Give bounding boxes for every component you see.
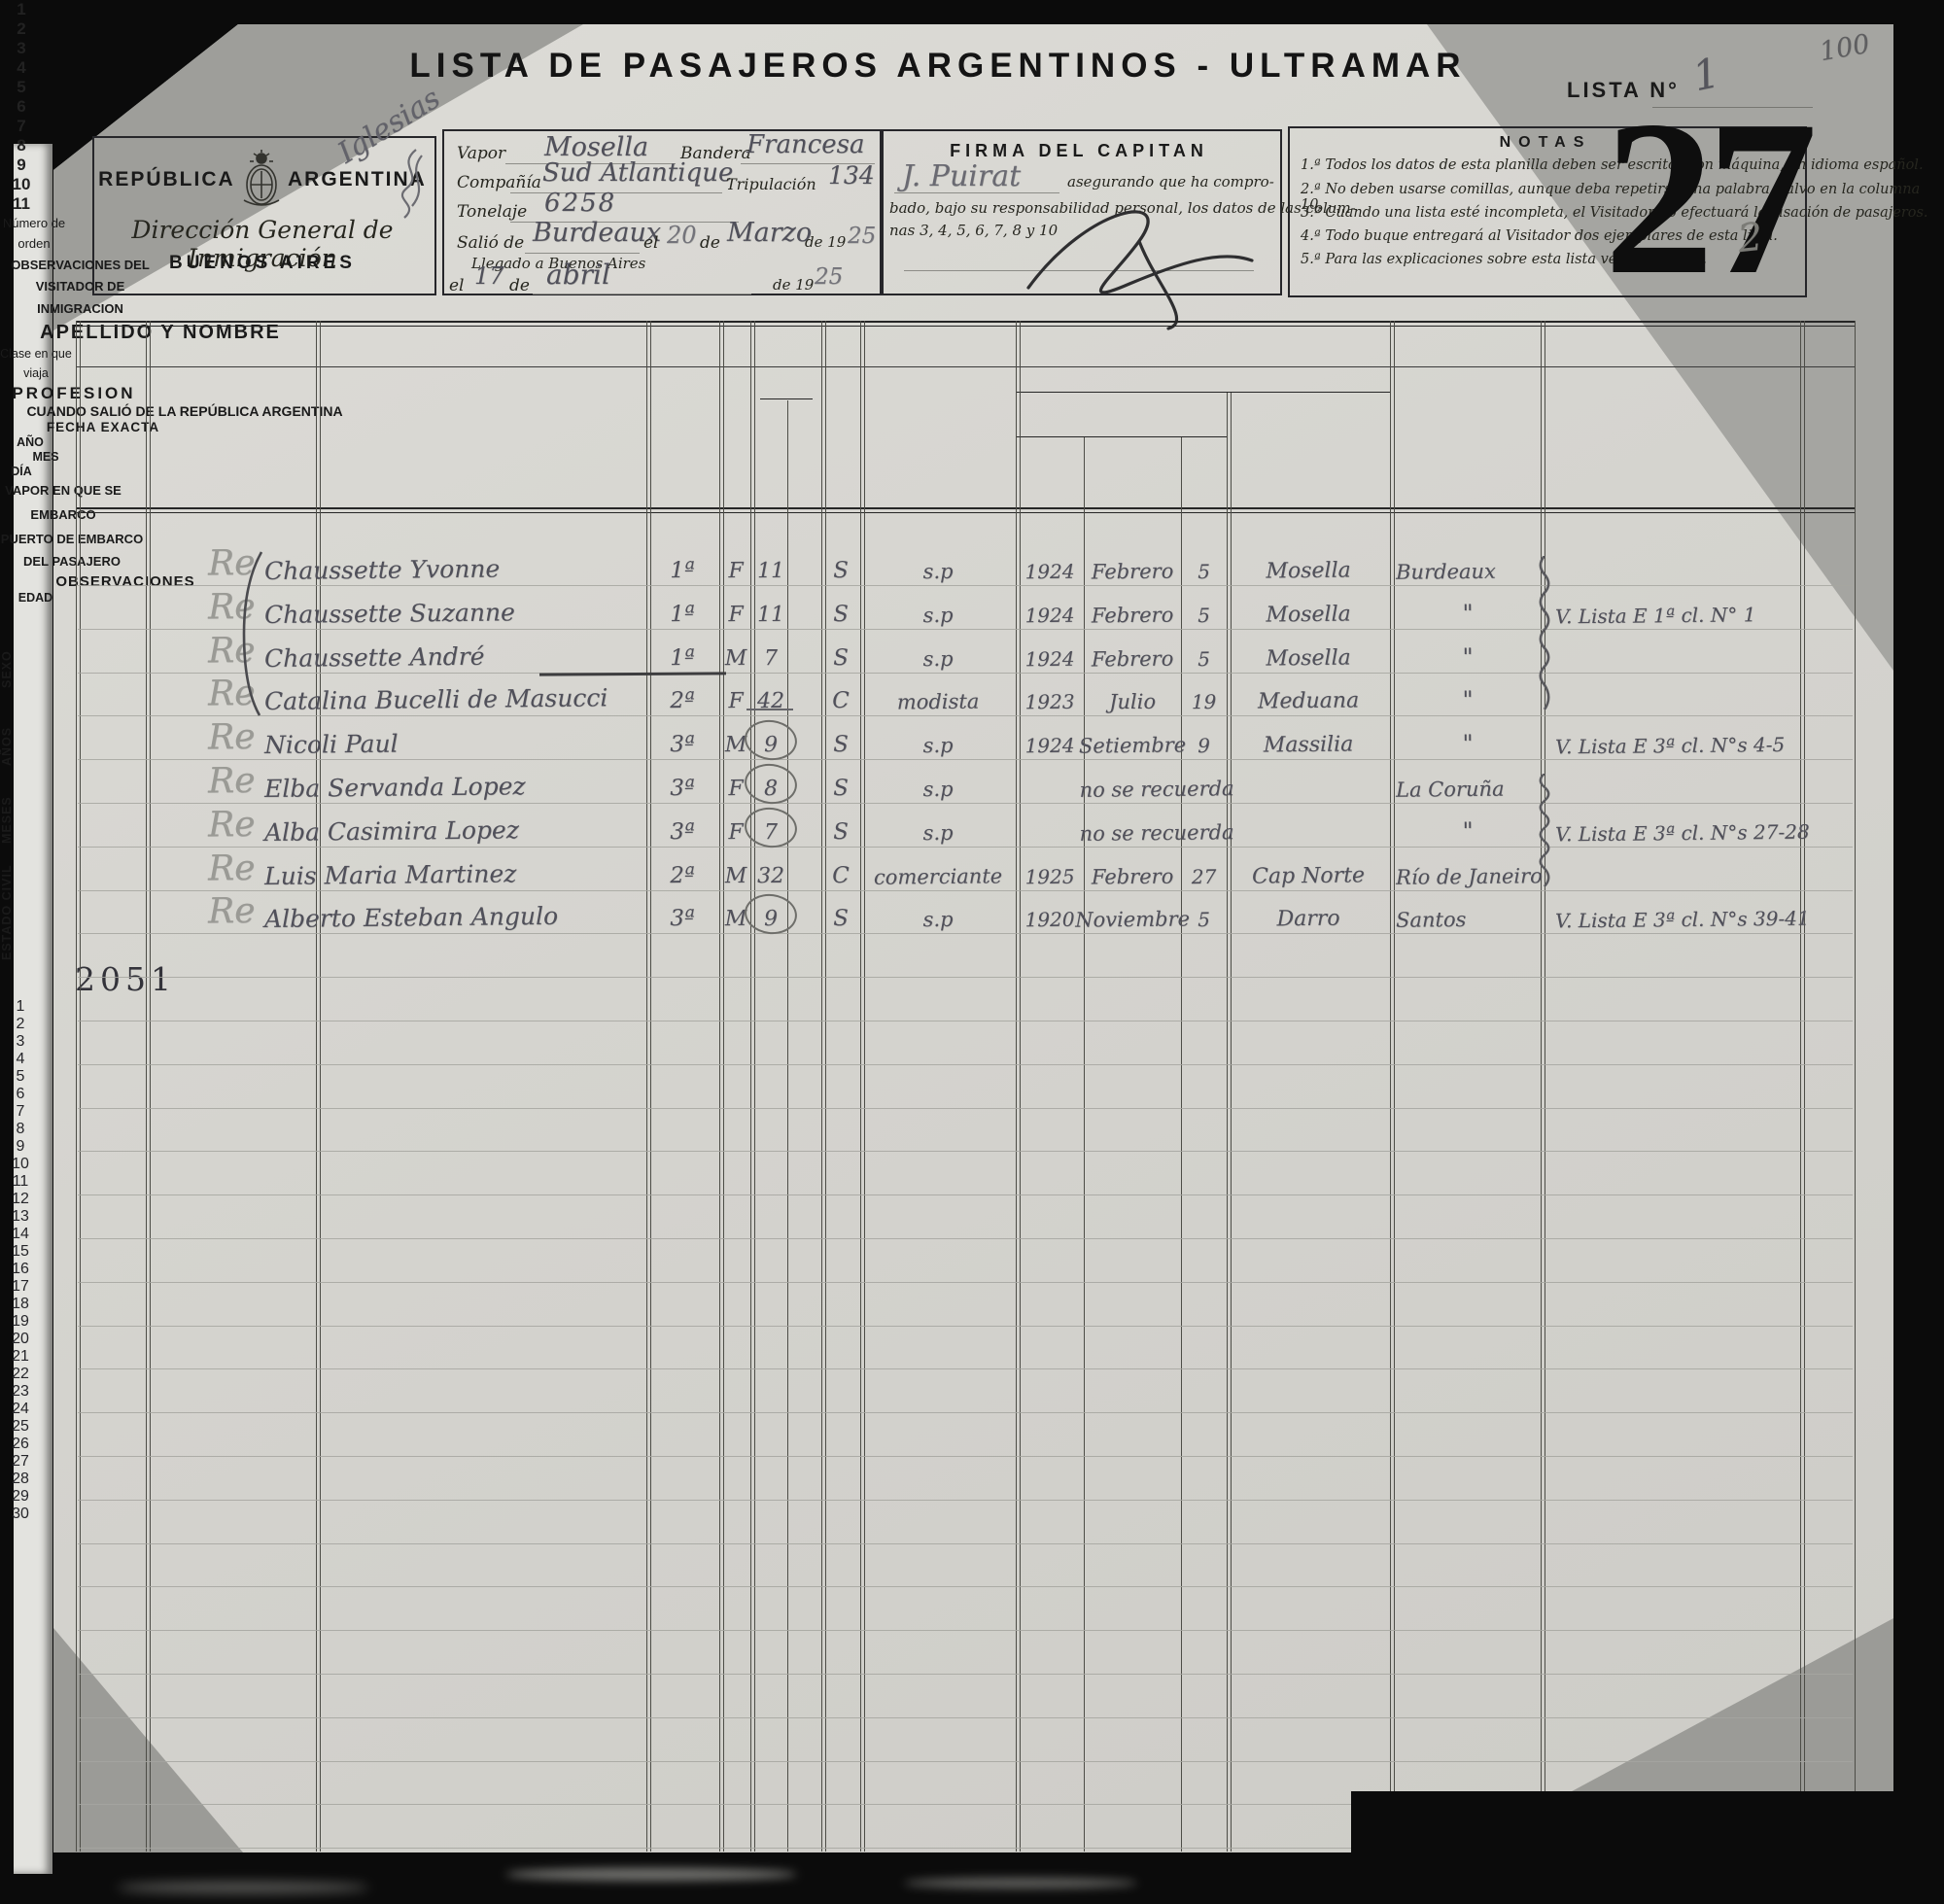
table-grid-line: [1804, 321, 1805, 1852]
row-number: 30: [0, 1506, 41, 1523]
edad-bracket-line: [760, 398, 813, 399]
row-number: 8: [0, 1121, 41, 1138]
passenger-6-name: Elba Servanda Lopez: [264, 766, 642, 803]
passenger-8-clase: 2ª: [648, 854, 716, 888]
passenger-8-vapor: Cap Norte: [1228, 854, 1389, 889]
row-number: 25: [0, 1418, 41, 1436]
obs-brace-rows1-3: [1538, 556, 1551, 710]
table-row-line: [78, 1717, 1853, 1718]
passenger-1-clase: 1ª: [648, 550, 716, 584]
table-header-col9_sub1: AÑO: [0, 435, 60, 450]
passenger-5-profesion: s.p: [862, 723, 1014, 758]
table-header-vertical: AÑOS: [0, 688, 14, 766]
table-row-line: [78, 1630, 1853, 1631]
passenger-9-profesion: s.p: [862, 898, 1014, 933]
table-row-line: [78, 1151, 1853, 1152]
passenger-7-observacion: V. Lista E 3ª cl. N°s 27-28: [1555, 810, 1816, 846]
row-number: 10: [0, 1156, 41, 1173]
passenger-3-salida_dia: 5: [1182, 637, 1226, 670]
table-row-line: [78, 1500, 1853, 1501]
table-header-col9_sub4: VAPOR EN QUE SE EMBARCÓ: [0, 479, 126, 527]
fecha-exacta-underline: [1016, 436, 1227, 437]
passenger-9-salida_mes: Noviembre: [1085, 898, 1180, 932]
passenger-3-edad: 7: [749, 637, 792, 670]
family-paren-mark: [241, 550, 264, 717]
column-number: 5: [0, 78, 43, 97]
passenger-7-visitor_mark: Re: [208, 803, 270, 845]
header-bottom-line-2: [76, 512, 1855, 513]
passenger-1-puerto: Burdeaux: [1396, 549, 1540, 584]
passenger-2-edad: 11: [749, 594, 792, 627]
passenger-3-sexo: M: [720, 637, 751, 670]
passenger-3-clase: 1ª: [648, 637, 716, 671]
passenger-5-clase: 3ª: [648, 724, 716, 758]
table-row-line: [78, 629, 1853, 630]
table-header-col4_header: Clase en que viaja: [0, 344, 72, 384]
table-row-line: [78, 1412, 1853, 1413]
table-row-line: [78, 1238, 1853, 1239]
passenger-3-vapor: Mosella: [1228, 637, 1389, 672]
table-grid-line: [150, 321, 151, 1852]
table-row-line: [78, 1282, 1853, 1283]
passenger-1-profesion: s.p: [862, 549, 1014, 584]
scan-bottom-streak-1: [505, 1868, 797, 1881]
passenger-9-salida_dia: 5: [1182, 898, 1226, 931]
row-number: 26: [0, 1436, 41, 1453]
passenger-5-visitor_mark: Re: [208, 716, 270, 758]
table-row-line: [78, 1543, 1853, 1544]
passenger-6-visitor_mark: Re: [208, 760, 270, 802]
passenger-9-puerto: Santos: [1396, 898, 1540, 933]
table-grid-line: [1545, 321, 1545, 1852]
passenger-1-name: Chaussette Yvonne: [264, 548, 642, 585]
column-number: 2: [0, 19, 43, 39]
passenger-6-puerto: La Coruña: [1396, 767, 1540, 802]
table-header-col9_sub3: DÍA: [0, 465, 43, 479]
passenger-3-puerto: ": [1396, 637, 1540, 672]
passenger-5-name: Nicoli Paul: [264, 722, 642, 759]
row-number: 13: [0, 1208, 41, 1226]
scan-bottom-streak-2: [904, 1878, 1137, 1888]
passenger-5-estado_civil: S: [822, 724, 859, 757]
table-header-col1_header: Número de orden: [0, 214, 68, 255]
passenger-2-puerto: ": [1396, 593, 1540, 628]
passenger-3-salida_ano: 1924: [1017, 637, 1083, 671]
passenger-9-clase: 3ª: [648, 898, 716, 932]
row-number: 19: [0, 1313, 41, 1331]
passenger-3-name: Chaussette André: [264, 636, 642, 673]
table-grid-line: [1800, 321, 1801, 1852]
passenger-2-vapor: Mosella: [1228, 593, 1389, 628]
scan-bottom-streak-3: [117, 1882, 369, 1893]
row-number: 17: [0, 1278, 41, 1296]
passenger-2-estado_civil: S: [822, 594, 859, 627]
passenger-4-estado_civil: C: [822, 680, 859, 713]
passenger-5-puerto: ": [1396, 723, 1540, 758]
passenger-8-sexo: M: [720, 854, 751, 887]
passenger-5-salida_dia: 9: [1182, 724, 1226, 757]
passenger-9-observacion: V. Lista E 3ª cl. N°s 39-41: [1555, 897, 1816, 933]
row-number: 28: [0, 1471, 41, 1488]
passenger-8-salida_mes: Febrero: [1085, 854, 1180, 888]
row-number: 6: [0, 1086, 41, 1103]
passenger-3-profesion: s.p: [862, 637, 1014, 672]
table-grid-line: [1390, 321, 1391, 1852]
table-row-line: [78, 1761, 1853, 1762]
table-top-line: [76, 321, 1855, 323]
table-header-vertical: MESES: [0, 766, 14, 844]
row-number: 16: [0, 1261, 41, 1278]
passenger-5-vapor: Massilia: [1228, 723, 1389, 758]
passenger-9-estado_civil: S: [822, 898, 859, 931]
row-number: 22: [0, 1366, 41, 1383]
table-grid-line: [1855, 321, 1856, 1852]
pencil-underline-row4: [746, 709, 793, 710]
table-grid-line: [320, 321, 321, 1852]
column-number: 1: [0, 0, 43, 19]
table-row-line: [78, 803, 1853, 804]
passenger-6-profesion: s.p: [862, 767, 1014, 802]
passenger-7-estado_civil: S: [822, 812, 859, 845]
table-row-line: [78, 585, 1853, 586]
column-number: 11: [0, 194, 43, 214]
row-number: 20: [0, 1331, 41, 1348]
passenger-9-visitor_mark: Re: [208, 890, 270, 932]
table-row-line: [78, 1194, 1853, 1195]
table-row-line: [78, 890, 1853, 891]
table-row-line: [78, 1064, 1853, 1065]
row-number: 14: [0, 1226, 41, 1243]
passenger-6-clase: 3ª: [648, 768, 716, 802]
table-row-line: [78, 977, 1853, 978]
passenger-7-fecha_nota: no se recuerda: [1045, 811, 1268, 846]
passenger-2-name: Chaussette Suzanne: [264, 592, 642, 629]
table-grid-line: [76, 321, 77, 1852]
row-number: 23: [0, 1383, 41, 1401]
passenger-1-salida_mes: Febrero: [1085, 549, 1180, 583]
column-number-strip-line: [76, 366, 1855, 367]
column-number: 6: [0, 97, 43, 117]
passenger-2-observacion: V. Lista E 1ª cl. N° 1: [1555, 592, 1816, 628]
passenger-7-name: Alba Casimira Lopez: [264, 810, 642, 847]
passenger-5-salida_ano: 1924: [1017, 724, 1083, 758]
passenger-2-sexo: F: [720, 594, 751, 627]
table-row-line: [78, 1368, 1853, 1369]
passenger-table: 1234567891011Número de ordenOBSERVACIONE…: [0, 0, 1944, 1904]
obs-brace-rows6-7: [1538, 774, 1551, 886]
column-number: 10: [0, 175, 43, 194]
table-header-col9_sub2: MES: [0, 450, 91, 465]
table-header-col3_header: APELLIDO Y NOMBRE: [0, 321, 321, 344]
passenger-1-salida_ano: 1924: [1017, 550, 1083, 584]
table-grid-line: [80, 321, 81, 1852]
passenger-2-clase: 1ª: [648, 593, 716, 627]
table-header-vertical: ESTADO CIVIL: [0, 844, 14, 960]
passenger-7-clase: 3ª: [648, 811, 716, 845]
column-number: 8: [0, 136, 43, 156]
table-row-line: [78, 1456, 1853, 1457]
table-grid-line: [146, 321, 147, 1852]
scanned-document: LISTA DE PASAJEROS ARGENTINOS - ULTRAMAR…: [0, 0, 1944, 1904]
passenger-1-salida_dia: 5: [1182, 550, 1226, 583]
passenger-9-salida_ano: 1920: [1017, 898, 1083, 932]
column-number: 9: [0, 156, 43, 175]
passenger-8-estado_civil: C: [822, 854, 859, 887]
table-grid-line: [1394, 321, 1395, 1852]
passenger-4-vapor: Meduana: [1228, 680, 1389, 715]
passenger-8-salida_dia: 27: [1182, 854, 1226, 887]
passenger-4-name: Catalina Bucelli de Masucci: [264, 678, 642, 715]
table-header-col10_header: PUERTO DE EMBARCO DEL PASAJERO: [0, 528, 144, 573]
passenger-9-vapor: Darro: [1228, 898, 1389, 933]
row-number: 2: [0, 1016, 41, 1033]
table-row-line: [78, 1326, 1853, 1327]
passenger-4-puerto: ": [1396, 680, 1540, 715]
observaciones-stamp-number: 2051: [0, 960, 251, 998]
table-top-line-2: [76, 326, 1855, 327]
header-bottom-line: [76, 507, 1855, 509]
passenger-2-salida_mes: Febrero: [1085, 593, 1180, 627]
table-row-line: [78, 1674, 1853, 1675]
passenger-8-puerto: Río de Janeiro: [1396, 854, 1540, 889]
passenger-1-estado_civil: S: [822, 550, 859, 583]
col9-group-underline: [1016, 392, 1390, 393]
table-row-line: [78, 847, 1853, 848]
row-number: 12: [0, 1191, 41, 1208]
row-number: 5: [0, 1068, 41, 1086]
passenger-4-salida_mes: Julio: [1085, 680, 1180, 714]
passenger-2-salida_ano: 1924: [1017, 593, 1083, 627]
row-number: 15: [0, 1243, 41, 1261]
column-number: 3: [0, 39, 43, 58]
table-row-line: [78, 1021, 1853, 1021]
table-header-col8_header: PROFESION: [0, 384, 148, 403]
table-row-line: [78, 673, 1853, 674]
passenger-2-salida_dia: 5: [1182, 594, 1226, 627]
passenger-8-edad: 32: [749, 854, 792, 887]
passenger-9-name: Alberto Esteban Angulo: [264, 896, 642, 933]
table-grid-line: [1541, 321, 1542, 1852]
table-header-vertical: SEXO: [0, 605, 14, 688]
row-number: 7: [0, 1103, 41, 1121]
row-number: 24: [0, 1401, 41, 1418]
passenger-6-fecha_nota: no se recuerda: [1045, 767, 1268, 802]
passenger-8-salida_ano: 1925: [1017, 854, 1083, 888]
passenger-3-estado_civil: S: [822, 637, 859, 670]
passenger-4-salida_dia: 19: [1182, 680, 1226, 713]
passenger-5-salida_mes: Setiembre: [1085, 724, 1180, 758]
scan-corner-black-block: [1351, 1791, 1944, 1904]
table-row-line: [78, 715, 1853, 716]
column-number: 4: [0, 58, 43, 78]
row-number: 27: [0, 1453, 41, 1471]
table-row-line: [78, 1108, 1853, 1109]
table-row-line: [78, 759, 1853, 760]
row-number: 4: [0, 1051, 41, 1068]
passenger-4-salida_ano: 1923: [1017, 680, 1083, 714]
column-number: 7: [0, 117, 43, 136]
table-row-line: [78, 1586, 1853, 1587]
row-number: 21: [0, 1348, 41, 1366]
row-number: 1: [0, 998, 41, 1016]
passenger-6-estado_civil: S: [822, 768, 859, 801]
passenger-1-vapor: Mosella: [1228, 549, 1389, 584]
passenger-3-salida_mes: Febrero: [1085, 637, 1180, 671]
row-number: 18: [0, 1296, 41, 1313]
passenger-2-profesion: s.p: [862, 593, 1014, 628]
passenger-8-name: Luis Maria Martinez: [264, 853, 642, 890]
passenger-5-observacion: V. Lista E 3ª cl. N°s 4-5: [1555, 723, 1816, 759]
table-row-line: [78, 933, 1853, 934]
row-number: 11: [0, 1173, 41, 1191]
table-header-col2_header: OBSERVACIONES DEL VISITADOR DE INMIGRACI…: [0, 255, 160, 321]
passenger-1-sexo: F: [720, 550, 751, 583]
row-number: 3: [0, 1033, 41, 1051]
table-header-edad-group: EDAD: [0, 591, 71, 605]
table-header-col9_sub_group: FECHA EXACTA: [0, 420, 206, 435]
row-number: 9: [0, 1138, 41, 1156]
table-header-col9_group: CUANDO SALIÓ DE LA REPÚBLICA ARGENTINA: [0, 403, 369, 420]
passenger-4-profesion: modista: [862, 680, 1014, 715]
passenger-1-edad: 11: [749, 550, 792, 583]
passenger-7-profesion: s.p: [862, 811, 1014, 846]
table-grid-line: [316, 321, 317, 1852]
passenger-7-puerto: ": [1396, 811, 1540, 846]
passenger-4-clase: 2ª: [648, 680, 716, 714]
passenger-8-profesion: comerciante: [862, 854, 1014, 889]
passenger-8-visitor_mark: Re: [208, 847, 270, 888]
row-number: 29: [0, 1488, 41, 1506]
